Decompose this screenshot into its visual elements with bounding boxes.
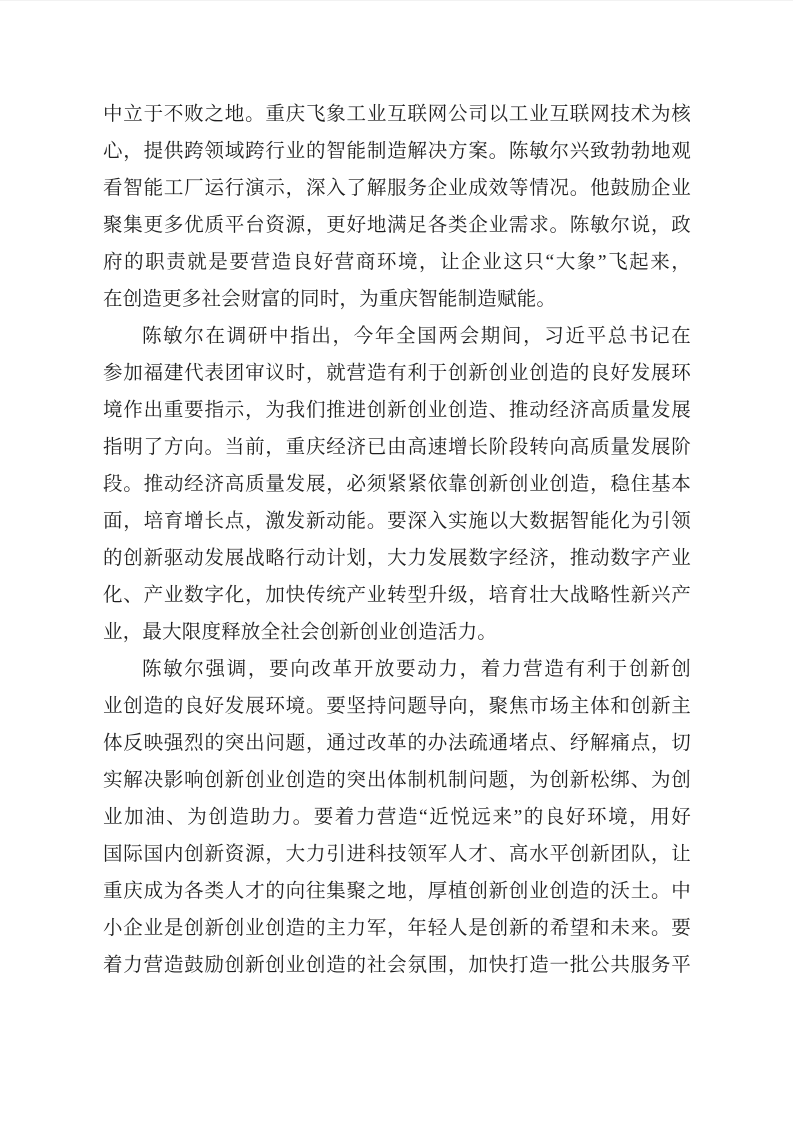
text-line: 中立于不败之地。重庆飞象工业互联网公司以工业互联网技术为核 xyxy=(103,96,691,133)
text-line: 化、产业数字化，加快传统产业转型升级，培育壮大战略性新兴产 xyxy=(103,577,691,614)
text-line: 小企业是创新创业创造的主力军，年轻人是创新的希望和未来。要 xyxy=(103,910,691,947)
text-line: 业，最大限度释放全社会创新创业创造活力。 xyxy=(103,614,691,651)
text-line: 看智能工厂运行演示，深入了解服务企业成效等情况。他鼓励企业 xyxy=(103,170,691,207)
text-line: 在创造更多社会财富的同时，为重庆智能制造赋能。 xyxy=(103,281,691,318)
text-line: 指明了方向。当前，重庆经济已由高速增长阶段转向高质量发展阶 xyxy=(103,429,691,466)
text-line: 心，提供跨领域跨行业的智能制造解决方案。陈敏尔兴致勃勃地观 xyxy=(103,133,691,170)
text-line: 实解决影响创新创业创造的突出体制机制问题，为创新松绑、为创 xyxy=(103,762,691,799)
text-line: 业创造的良好发展环境。要坚持问题导向，聚焦市场主体和创新主 xyxy=(103,688,691,725)
text-line: 段。推动经济高质量发展，必须紧紧依靠创新创业创造，稳住基本 xyxy=(103,466,691,503)
text-line: 重庆成为各类人才的向往集聚之地，厚植创新创业创造的沃土。中 xyxy=(103,873,691,910)
text-line: 境作出重要指示，为我们推进创新创业创造、推动经济高质量发展 xyxy=(103,392,691,429)
text-line: 体反映强烈的突出问题，通过改革的办法疏通堵点、纾解痛点，切 xyxy=(103,725,691,762)
text-line: 面，培育增长点，激发新动能。要深入实施以大数据智能化为引领 xyxy=(103,503,691,540)
text-line: 参加福建代表团审议时，就营造有利于创新创业创造的良好发展环 xyxy=(103,355,691,392)
text-line: 业加油、为创造助力。要着力营造“近悦远来”的良好环境，用好 xyxy=(103,799,691,836)
text-line: 府的职责就是要营造良好营商环境，让企业这只“大象”飞起来， xyxy=(103,244,691,281)
text-line: 国际国内创新资源，大力引进科技领军人才、高水平创新团队，让 xyxy=(103,836,691,873)
text-line: 聚集更多优质平台资源，更好地满足各类企业需求。陈敏尔说，政 xyxy=(103,207,691,244)
document-page: 中立于不败之地。重庆飞象工业互联网公司以工业互联网技术为核心，提供跨领域跨行业的… xyxy=(0,0,793,1122)
text-line: 的创新驱动发展战略行动计划，大力发展数字经济，推动数字产业 xyxy=(103,540,691,577)
text-line: 陈敏尔强调，要向改革开放要动力，着力营造有利于创新创 xyxy=(103,651,691,688)
page-top-edge xyxy=(0,0,793,1)
text-line: 陈敏尔在调研中指出，今年全国两会期间，习近平总书记在 xyxy=(103,318,691,355)
document-text-block: 中立于不败之地。重庆飞象工业互联网公司以工业互联网技术为核心，提供跨领域跨行业的… xyxy=(103,96,691,984)
text-line: 着力营造鼓励创新创业创造的社会氛围，加快打造一批公共服务平 xyxy=(103,947,691,984)
